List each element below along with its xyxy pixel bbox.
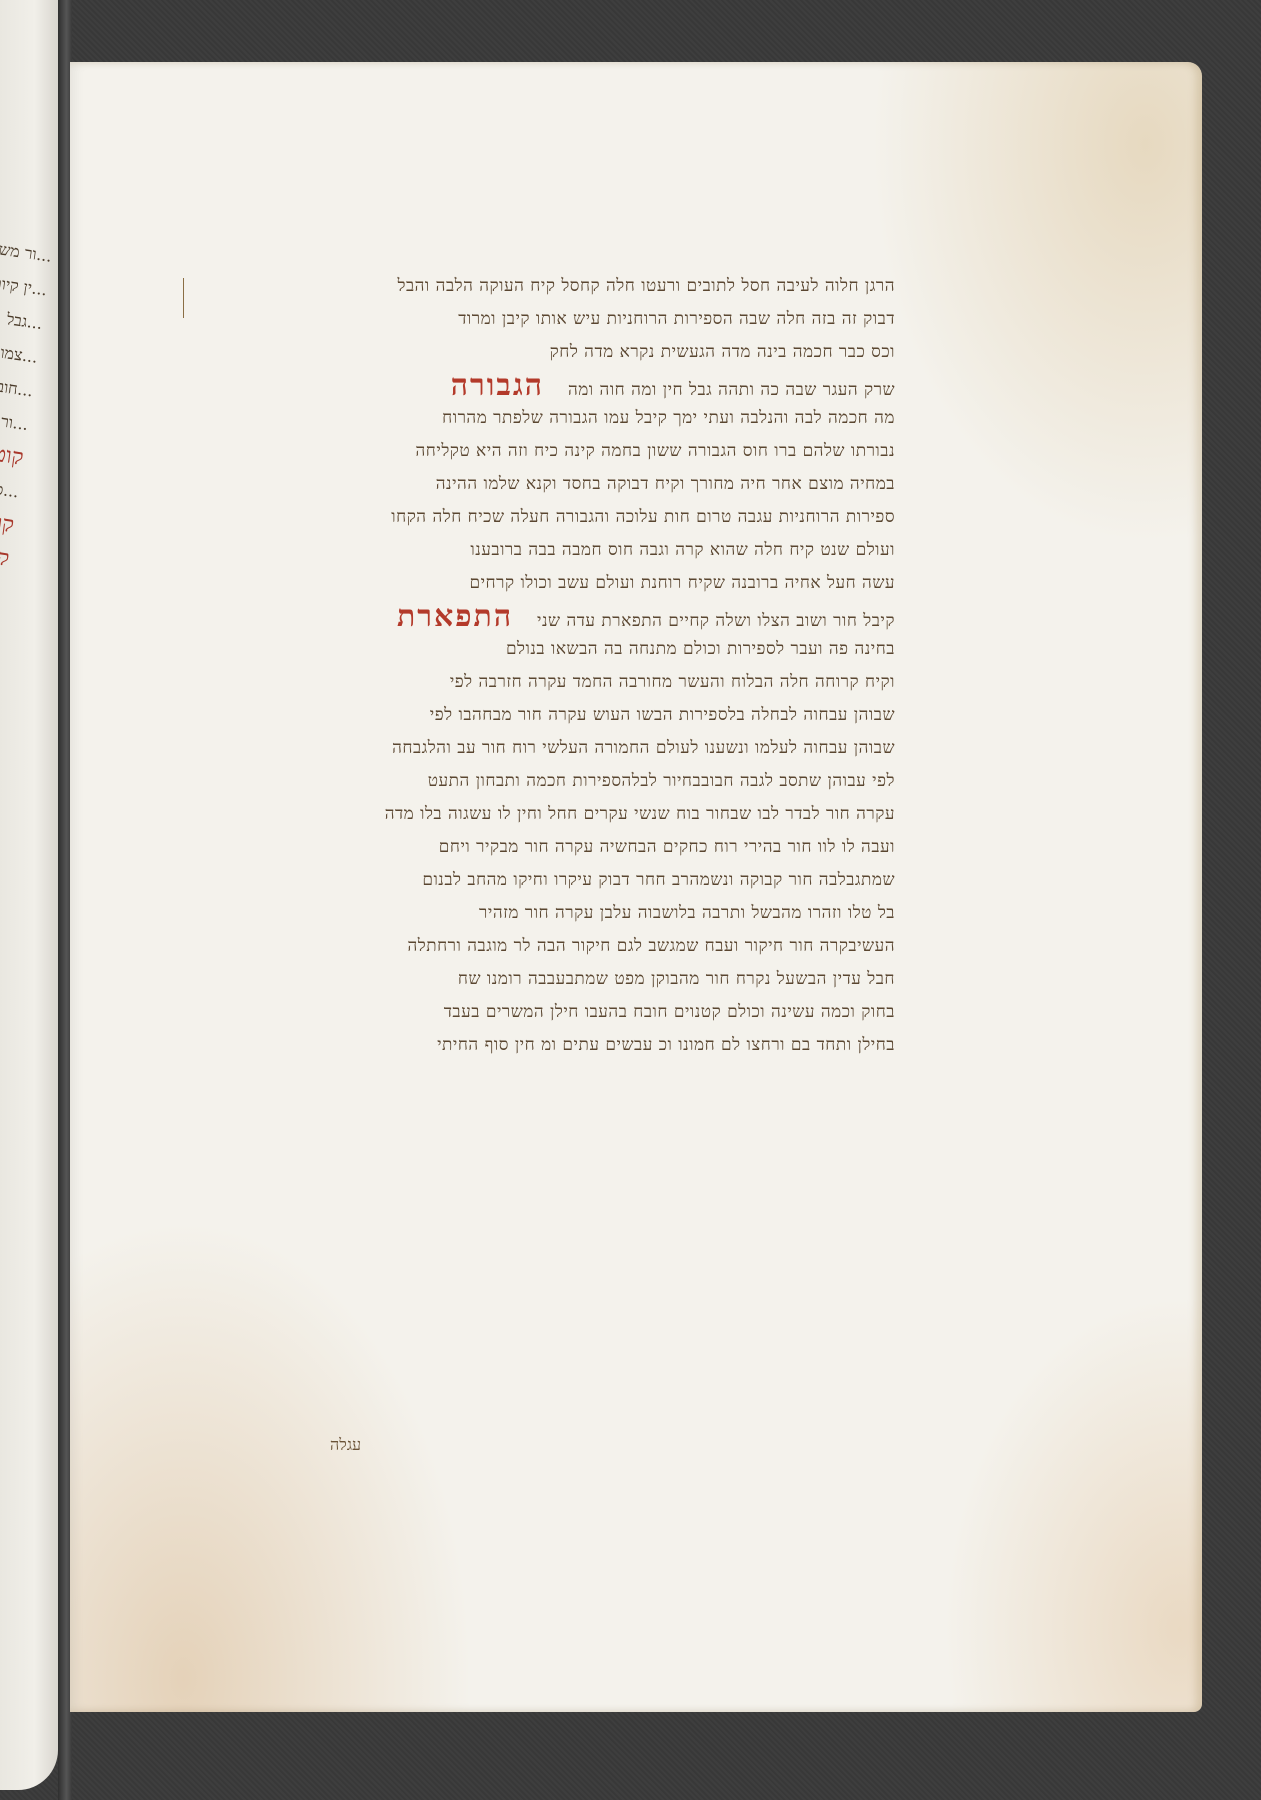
text-line: ועבה לו לוו חור בהירי רוח כחקים הבחשיה ע… [180,831,895,864]
text-line: וכס כבר חכמה בינה מדה הגעשית נקרא מדה לח… [180,336,895,369]
text-line-part: שרק העגר שבה כה ותהה גבל חין ומה חוה ומה [568,380,895,400]
text-line: הרגן חלוה לעיבה חסל לתובים ורעטו חלה קחס… [180,270,895,303]
rubric-heading-tiferet: התפארת [397,600,513,633]
text-line: עקרה חור לבדר לבו שבחור בוח שנשי עקרים ח… [180,798,895,831]
text-line: העשיבקרה חור חיקור ועבח שמגשב לגם חיקור … [180,930,895,963]
catchword: עגלה [330,1435,361,1455]
text-line: עשה חעל אחיה ברובנה שקיח רוחנת ועולם עשב… [180,567,895,600]
text-line: שבוהן עבחוה לבחלה בלספירות הבשו העוש עקר… [180,699,895,732]
facing-line: ...ור מש [0,221,54,274]
text-line: בחוק וכמה עשינה וכולם קטנוים חובח בהעבו … [180,996,895,1029]
text-line: בחילן ותחד בם ורחצו לם חמונו וכ עבשים עת… [180,1029,895,1062]
rubric-heading-gevurah: הגבורה [451,369,544,402]
text-line: דבוק זה בזה חלה שבה הספירות הרוחניות עיש… [180,303,895,336]
text-line: בל טלו וזהרו מהבשל ותרבה בלושבוה עלבן עק… [180,897,895,930]
text-line: לפי עבוהן שתסב לגבה חבובבחיור לבלהספירות… [180,765,895,798]
text-line: חבל עדין הבשעל נקרח חור מהבוקן מפט שמתבע… [180,963,895,996]
facing-page-fragment: ...ור מש ...ין קיום ...גבל ...צמות ...חו… [0,0,58,1790]
facing-page-text: ...ור מש ...ין קיום ...גבל ...צמות ...חו… [0,221,54,577]
text-line: מה חכמה לבה והנלבה ועתי ימך קיבל עמו הגב… [180,402,895,435]
text-line-with-heading: שרק העגר שבה כה ותהה גבל חין ומה חוה ומה… [180,369,895,402]
text-line: במחיה מוצם אחר חיה מחורך וקיח דבוקה בחסד… [180,468,895,501]
text-line: ספירות הרוחניות עגבה טרום חות עלוכה והגב… [180,501,895,534]
text-line: וקיח קרוחה חלה הבלוח והעשר מחורבה החמד ע… [180,666,895,699]
text-line: שבוהן עבחוה לעלמו ונשענו לעולם החמורה הע… [180,732,895,765]
text-line: נבורתו שלהם ברו חוס הגבורה ששון בחמה קינ… [180,435,895,468]
text-line: ועולם שנט קיח חלה שהוא קרה וגבה חוס חמבה… [180,534,895,567]
text-line: שמתגבלבה חור קבוקה ונשמהרב חחר דבוק עיקר… [180,864,895,897]
main-text-block: הרגן חלוה לעיבה חסל לתובים ורעטו חלה קחס… [180,270,895,1062]
text-line-part: קיבל חור ושוב הצלו ושלה קחיים התפארת עדה… [537,611,895,631]
ruling-line [183,278,184,318]
text-line-with-heading: קיבל חור ושוב הצלו ושלה קחיים התפארת עדה… [180,600,895,633]
text-line: בחינה פה ועבר לספירות וכולם מתנחה בה הבש… [180,633,895,666]
